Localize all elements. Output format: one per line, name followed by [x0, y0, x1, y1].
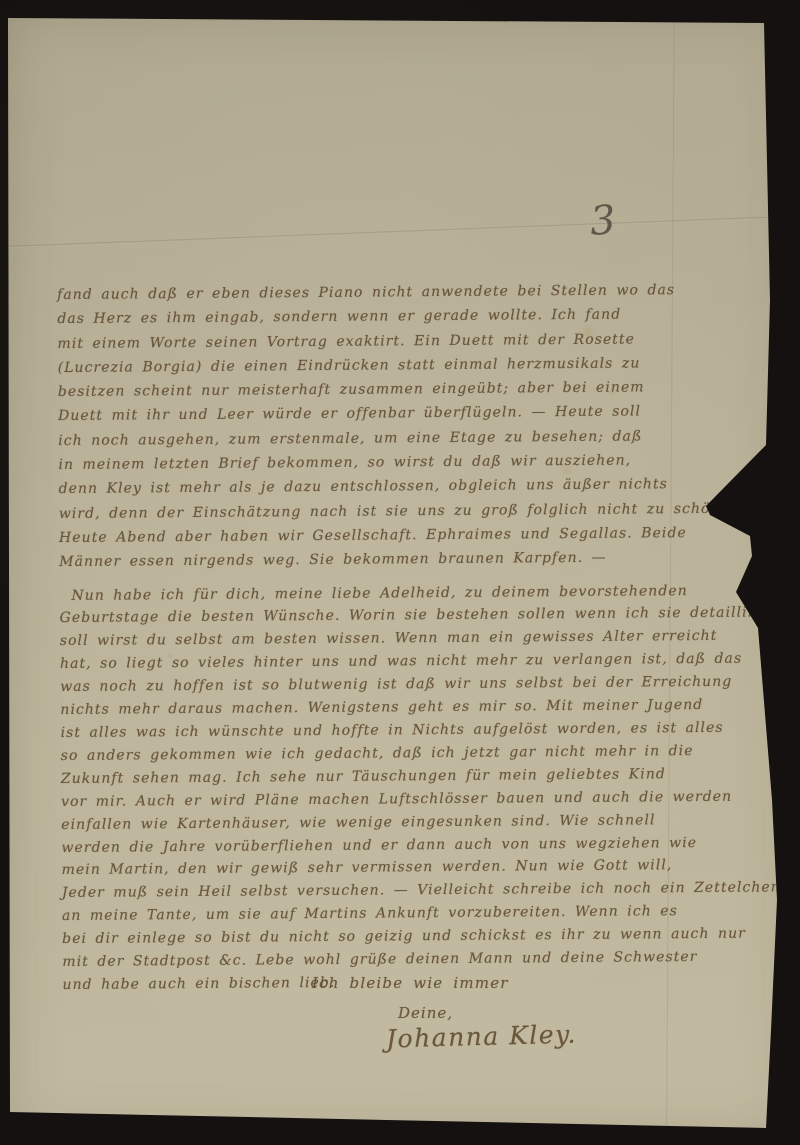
letter-body: fand auch daß er eben dieses Piano nicht… — [57, 278, 753, 997]
photographed-letter-scene: 3 fand auch daß er eben dieses Piano nic… — [0, 0, 800, 1145]
torn-edge-notch-small — [733, 550, 777, 632]
script-line: Männer essen nirgends weg. Sie bekommen … — [59, 545, 749, 575]
letter-paper: 3 fand auch daß er eben dieses Piano nic… — [0, 0, 800, 1145]
letter-lines: fand auch daß er eben dieses Piano nicht… — [57, 278, 753, 997]
page-number: 3 — [588, 197, 617, 245]
torn-edge-notch-large — [700, 445, 772, 540]
valediction: Deine, — [398, 1004, 453, 1022]
signature: Johanna Kley. — [386, 1020, 578, 1054]
paragraph: fand auch daß er eben dieses Piano nicht… — [57, 278, 749, 575]
closing-line: Ich bleibe wie immer — [312, 974, 509, 992]
paragraph: Nun habe ich für dich, meine liebe Adelh… — [59, 579, 752, 997]
horizontal-fold-crease — [6, 217, 772, 248]
